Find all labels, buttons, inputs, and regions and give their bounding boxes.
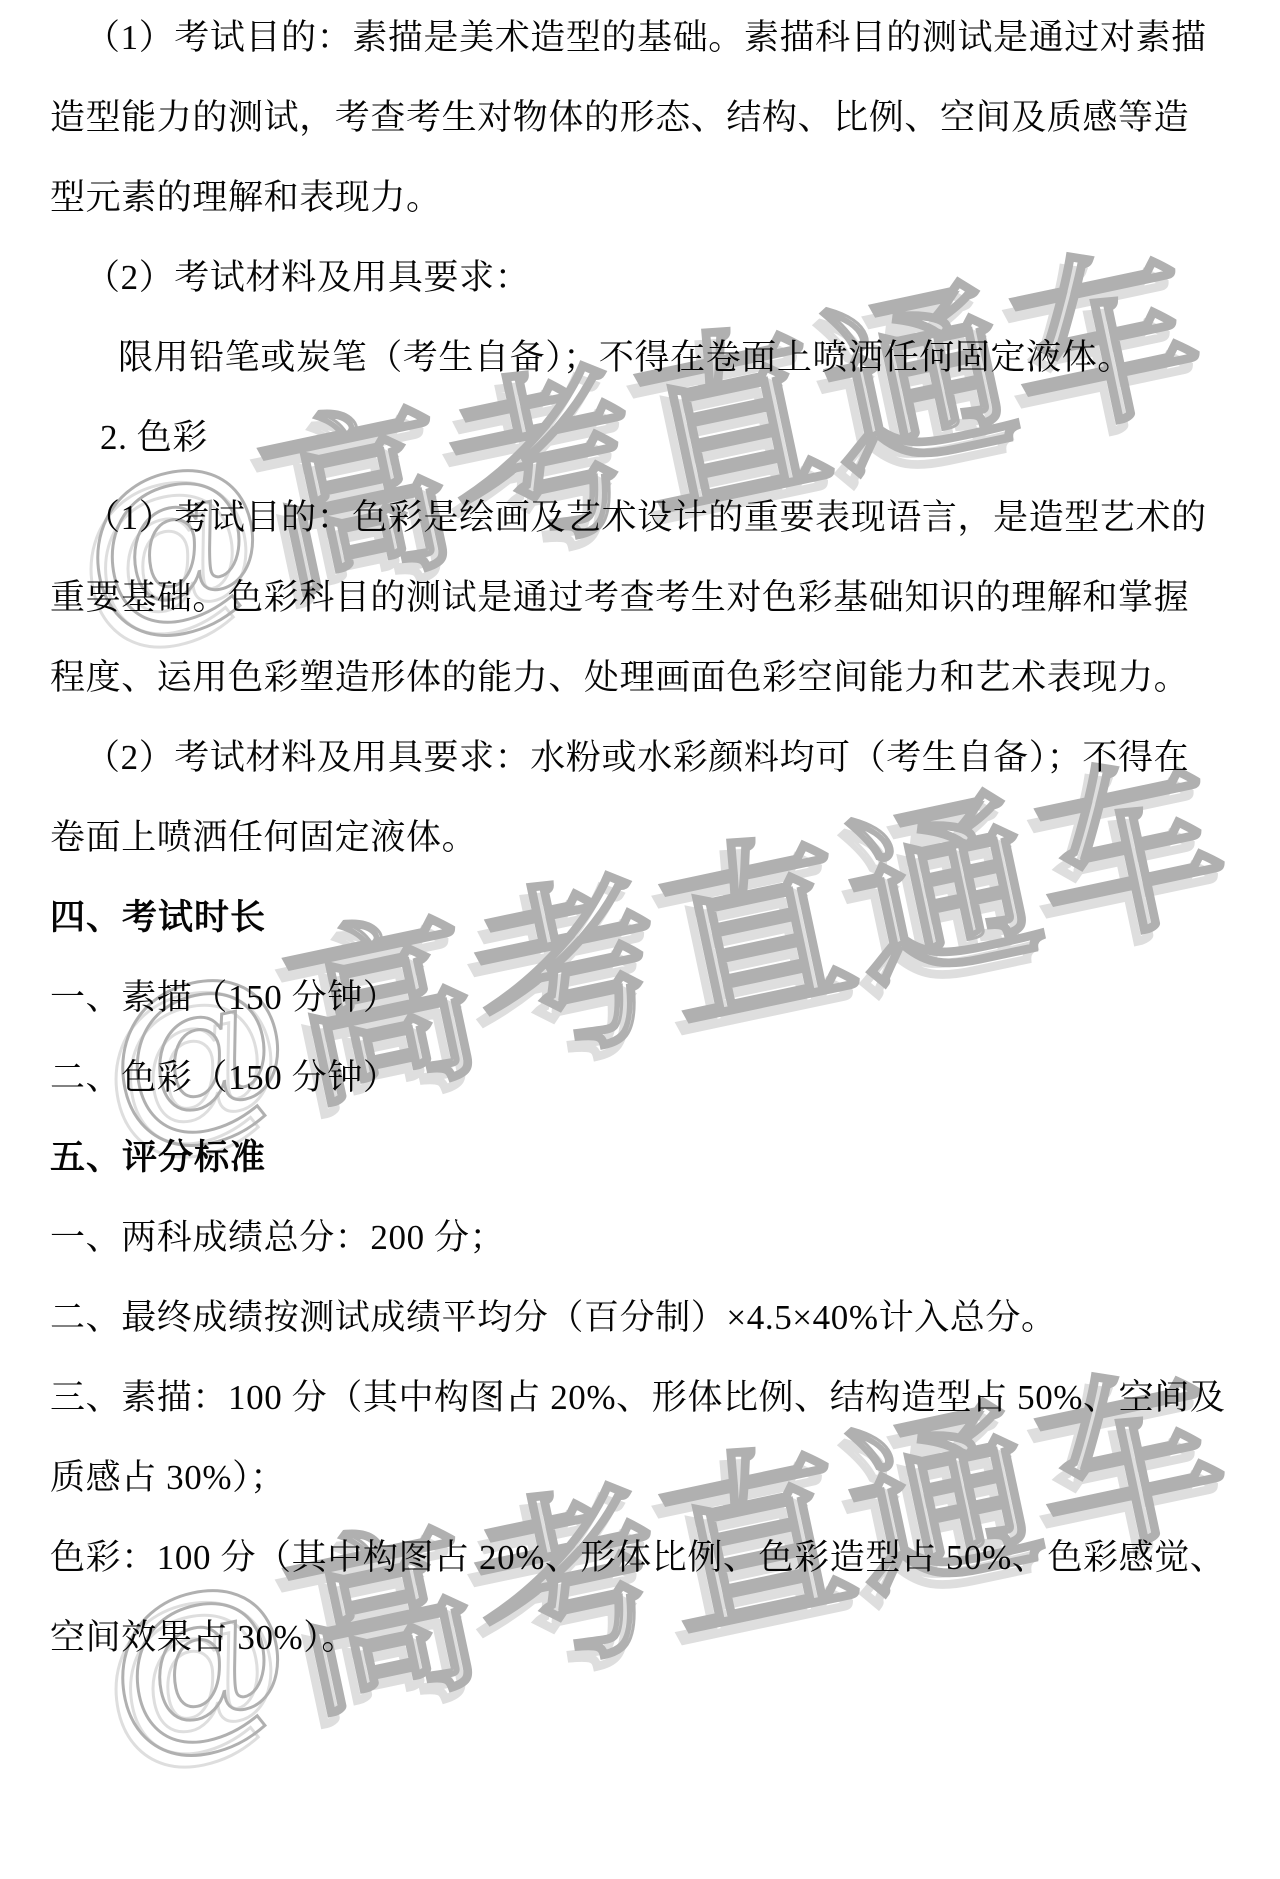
text-line: 质感占 30%）；	[50, 1435, 1260, 1515]
text-line: （2）考试材料及用具要求：水粉或水彩颜料均可（考生自备）；不得在	[50, 715, 1260, 795]
document-page: @高考直通车 @高考直通车 @高考直通车 @高考直通车 @高考直通车 @高考直通…	[0, 0, 1280, 1879]
section-heading: 四、考试时长	[50, 875, 1260, 955]
text-line: 一、两科成绩总分：200 分；	[50, 1195, 1260, 1275]
text-line: 二、色彩（150 分钟）	[50, 1035, 1260, 1115]
document-text: （1）考试目的：素描是美术造型的基础。素描科目的测试是通过对素描造型能力的测试，…	[50, 0, 1260, 1675]
text-line: 空间效果占 30%）。	[50, 1595, 1260, 1675]
text-line: 限用铅笔或炭笔（考生自备）；不得在卷面上喷洒任何固定液体。	[50, 315, 1260, 395]
text-line: 程度、运用色彩塑造形体的能力、处理画面色彩空间能力和艺术表现力。	[50, 635, 1260, 715]
text-line: 一、素描（150 分钟）	[50, 955, 1260, 1035]
text-line: （1）考试目的：素描是美术造型的基础。素描科目的测试是通过对素描	[50, 0, 1260, 75]
text-line: 三、素描：100 分（其中构图占 20%、形体比例、结构造型占 50%、空间及	[50, 1355, 1260, 1435]
text-line: 色彩：100 分（其中构图占 20%、形体比例、色彩造型占 50%、色彩感觉、	[50, 1515, 1260, 1595]
text-line: 卷面上喷洒任何固定液体。	[50, 795, 1260, 875]
text-line: 型元素的理解和表现力。	[50, 155, 1260, 235]
text-line: 重要基础。色彩科目的测试是通过考查考生对色彩基础知识的理解和掌握	[50, 555, 1260, 635]
text-line: （1）考试目的：色彩是绘画及艺术设计的重要表现语言，是造型艺术的	[50, 475, 1260, 555]
section-heading: 五、评分标准	[50, 1115, 1260, 1195]
text-line: 二、最终成绩按测试成绩平均分（百分制）×4.5×40%计入总分。	[50, 1275, 1260, 1355]
text-line: 2. 色彩	[50, 395, 1260, 475]
text-line: 造型能力的测试，考查考生对物体的形态、结构、比例、空间及质感等造	[50, 75, 1260, 155]
text-line: （2）考试材料及用具要求：	[50, 235, 1260, 315]
